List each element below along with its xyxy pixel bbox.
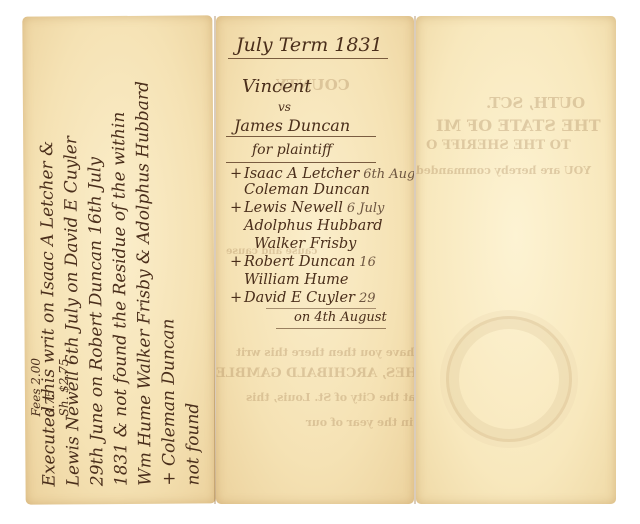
closing-note: on 4th August xyxy=(294,310,387,325)
embossed-seal xyxy=(446,316,572,442)
print-bleed: THE STATE OF MI xyxy=(436,116,601,135)
tally-line: Sh. $2.75 xyxy=(57,358,71,417)
service-date: 6th August xyxy=(363,167,414,182)
witness-name: David E Cuyler xyxy=(244,290,355,306)
witness-name: Adolphus Hubbard xyxy=(244,218,383,234)
return-line: 29th June on Robert Duncan 16th July xyxy=(82,16,109,486)
witness-entry: Walker Frisby xyxy=(240,236,360,252)
divider xyxy=(226,136,376,137)
served-mark: + xyxy=(230,200,242,216)
witness-name: Walker Frisby xyxy=(254,236,356,252)
return-line: not found xyxy=(178,15,205,485)
middle-panel: COUNTY cause and cause and have you then… xyxy=(216,16,414,504)
divider xyxy=(266,308,376,309)
print-bleed: YOU are hereby commanded xyxy=(416,164,591,177)
print-bleed: and have you then there this writ xyxy=(236,346,414,359)
witness-name: Robert Duncan xyxy=(244,254,355,270)
defendant-name: James Duncan xyxy=(234,116,350,135)
witness-entry: William Hume xyxy=(230,272,353,288)
left-panel: Executed this writ on Isaac A Letcher & … xyxy=(22,15,215,504)
divider xyxy=(228,58,388,59)
divider xyxy=(276,328,386,329)
witness-name: Isaac A Letcher xyxy=(244,166,359,182)
print-bleed: rt, at the City of St. Louis, this xyxy=(246,391,414,404)
witness-name: Lewis Newell xyxy=(244,200,343,216)
fee-tally: Fees 2.00 3.75 Sh. $2.75 xyxy=(29,358,71,417)
witness-entry: Coleman Duncan xyxy=(230,182,374,198)
witness-entry: Adolphus Hubbard xyxy=(230,218,387,234)
print-bleed: OUTH, SCT. xyxy=(486,94,585,112)
right-panel: OUTH, SCT. THE STATE OF MI TO THE SHERIF… xyxy=(416,16,616,504)
return-line: Wm Hume Walker Frisby & Adolphus Hubbard xyxy=(130,16,157,486)
service-date: 16 xyxy=(359,255,376,270)
tally-line: Fees 2.00 xyxy=(29,358,43,417)
plaintiff-name: Vincent xyxy=(242,76,312,97)
witness-entry: +Isaac A Letcher6th August xyxy=(230,166,414,182)
service-date: 29 xyxy=(359,291,376,306)
return-line: 1831 & not found the Residue of the with… xyxy=(106,16,133,486)
witness-name: Coleman Duncan xyxy=(244,182,370,198)
print-bleed: TO THE SHERIFF O xyxy=(426,138,571,153)
witness-entry: +Robert Duncan16 xyxy=(230,254,376,270)
service-date: 6 July xyxy=(347,201,385,216)
for-plaintiff-label: for plaintiff xyxy=(252,142,332,158)
print-bleed: THES, ARCHIBALD GAMBLE xyxy=(216,366,414,381)
served-mark: + xyxy=(230,166,242,182)
witness-entry: +Lewis Newell6 July xyxy=(230,200,384,216)
return-line: + Coleman Duncan xyxy=(154,16,181,486)
divider xyxy=(226,162,376,163)
witness-entry: +David E Cuyler29 xyxy=(230,290,376,306)
witness-name: William Hume xyxy=(244,272,349,288)
tally-line: 3.75 xyxy=(43,358,57,417)
versus: vs xyxy=(278,100,291,114)
court-term: July Term 1831 xyxy=(236,34,383,56)
served-mark: + xyxy=(230,290,242,306)
served-mark: + xyxy=(230,254,242,270)
document-sheet: Executed this writ on Isaac A Letcher & … xyxy=(24,16,616,504)
print-bleed: in the year of our xyxy=(306,416,413,429)
